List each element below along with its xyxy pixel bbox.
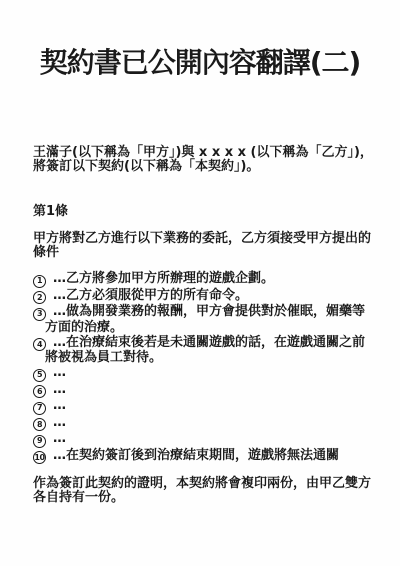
closing-paragraph: 作為簽訂此契約的證明，本契約將會複印兩份，由甲乙雙方各自持有一份。 xyxy=(33,477,373,505)
circled-number-9: 9 xyxy=(33,435,46,448)
clause-text-3: …做為開發業務的報酬，甲方會提供對於催眠，媚藥等方面的治療。 xyxy=(45,304,365,335)
document-title: 契約書已公開內容翻譯(二) xyxy=(0,46,400,80)
clause-item-3: 3…做為開發業務的報酬，甲方會提供對於催眠，媚藥等方面的治療。 xyxy=(33,305,373,335)
clause-text-7: … xyxy=(53,398,66,413)
clause-list: 1…乙方將參加甲方所辦理的遊戲企劃。 2…乙方必須服從甲方的所有命令。 3…做為… xyxy=(33,272,373,464)
clause-item-7: 7… xyxy=(33,399,373,415)
clause-text-8: … xyxy=(53,415,66,430)
circled-number-8: 8 xyxy=(33,418,46,431)
circled-number-1: 1 xyxy=(33,275,46,288)
contract-translation-page: 契約書已公開內容翻譯(二) 王滿子(以下稱為「甲方」)與 x x x x (以下… xyxy=(0,0,400,566)
article-heading: 第1條 xyxy=(33,205,373,219)
document-body: 王滿子(以下稱為「甲方」)與 x x x x (以下稱為「乙方」)，將簽訂以下契… xyxy=(33,133,373,518)
clause-item-10: 10…在契約簽訂後到治療結束期間，遊戲將無法通關 xyxy=(33,449,373,465)
circled-number-10: 10 xyxy=(33,451,46,464)
circled-number-5: 5 xyxy=(33,369,46,382)
clause-text-10: …在契約簽訂後到治療結束期間，遊戲將無法通關 xyxy=(53,448,339,463)
clause-item-9: 9… xyxy=(33,432,373,448)
clause-item-6: 6… xyxy=(33,383,373,399)
intro-paragraph: 王滿子(以下稱為「甲方」)與 x x x x (以下稱為「乙方」)，將簽訂以下契… xyxy=(33,146,373,174)
circled-number-6: 6 xyxy=(33,385,46,398)
clause-item-4: 4…在治療結束後若是未通關遊戲的話，在遊戲通關之前將被視為員工對待。 xyxy=(33,336,373,366)
clause-item-2: 2…乙方必須服從甲方的所有命令。 xyxy=(33,289,373,305)
clause-text-5: … xyxy=(53,365,66,380)
clause-item-1: 1…乙方將參加甲方所辦理的遊戲企劃。 xyxy=(33,272,373,288)
clause-text-1: …乙方將參加甲方所辦理的遊戲企劃。 xyxy=(53,271,274,286)
clause-text-4: …在治療結束後若是未通關遊戲的話，在遊戲通關之前將被視為員工對待。 xyxy=(45,335,365,366)
clause-text-9: … xyxy=(53,431,66,446)
circled-number-7: 7 xyxy=(33,402,46,415)
article-body-text: 甲方將對乙方進行以下業務的委託，乙方須接受甲方提出的條件 xyxy=(33,232,373,260)
clause-text-2: …乙方必須服從甲方的所有命令。 xyxy=(53,288,248,303)
clause-item-8: 8… xyxy=(33,416,373,432)
clause-item-5: 5… xyxy=(33,366,373,382)
circled-number-2: 2 xyxy=(33,291,46,304)
clause-text-6: … xyxy=(53,382,66,397)
